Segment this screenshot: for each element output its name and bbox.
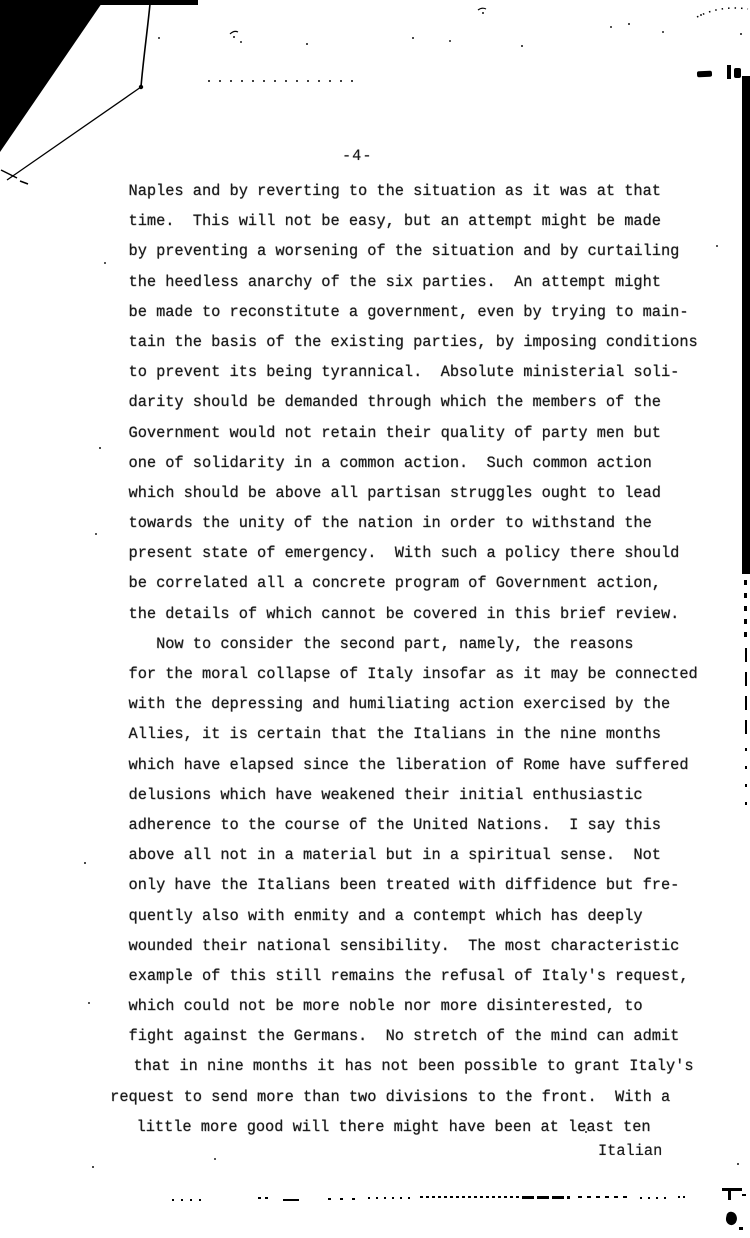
text-line: adherence to the course of the United Na… [101,810,698,840]
text-line: the heedless anarchy of the six parties.… [101,267,698,297]
scanned-document-page: -4- Naples and by reverting to the situa… [0,0,750,1238]
text-line: only have the Italians been treated with… [101,870,698,900]
text-line: one of solidarity in a common action. Su… [101,448,698,478]
text-line: for the moral collapse of Italy insofar … [101,659,698,689]
text-line: be correlated all a concrete program of … [101,568,698,598]
scan-bottom-dash [328,1198,358,1200]
scan-fold-corner-artifact [0,0,104,152]
text-line: that in nine months it has not been poss… [106,1051,703,1081]
text-line: which could not be more noble nor more d… [101,991,698,1021]
scan-right-edge-artifact [742,76,750,574]
scan-right-edge-dashes [745,648,747,738]
scan-top-edge-artifact [100,0,198,5]
text-line: the details of which cannot be covered i… [101,599,698,629]
scan-bottom-dash [522,1196,570,1199]
scan-bottom-dash [283,1199,299,1201]
scan-bottom-dash [258,1197,272,1199]
text-line: by preventing a worsening of the situati… [101,236,698,266]
text-line: request to send more than two divisions … [101,1082,698,1112]
text-line: Now to consider the second part, namely,… [101,629,698,659]
text-line: which should be above all partisan strug… [101,478,698,508]
text-line: with the depressing and humiliating acti… [101,689,698,719]
text-line: little more good will there might have b… [109,1112,706,1142]
scan-corner-mark [722,1188,742,1191]
scan-right-edge-dashes [744,580,747,642]
text-line: tain the basis of the existing parties, … [101,327,698,357]
text-line: to prevent its being tyrannical. Absolut… [101,357,698,387]
scan-corner-mark [728,1191,731,1200]
scan-bottom-dash [640,1197,670,1199]
scan-corner-mark [739,1227,743,1230]
scan-ink-blob [734,68,741,78]
scan-bottom-dash [678,1196,688,1198]
text-line: Naples and by reverting to the situation… [101,176,698,206]
text-line: Government would not retain their qualit… [101,418,698,448]
text-line: above all not in a material but in a spi… [101,840,698,870]
text-line: be made to reconstitute a government, ev… [101,297,698,327]
scan-dot-row-artifact [208,80,354,82]
document-body-text: Naples and by reverting to the situation… [101,176,698,1142]
scan-bottom-dash [172,1199,206,1201]
scan-corner-mark [742,1194,746,1196]
catchword: Italian [598,1141,662,1161]
text-line: darity should be demanded through which … [101,387,698,417]
text-line: example of this still remains the refusa… [101,961,698,991]
text-line: quently also with enmity and a contempt … [101,901,698,931]
text-line: towards the unity of the nation in order… [101,508,698,538]
text-line: fight against the Germans. No stretch of… [101,1021,698,1051]
text-line: delusions which have weakened their init… [101,780,698,810]
scan-ink-blob [727,65,731,79]
text-line: Allies, it is certain that the Italians … [101,719,698,749]
page-number: -4- [342,146,373,166]
scan-bottom-dash [578,1196,630,1198]
text-line: which have elapsed since the liberation … [101,750,698,780]
text-line: present state of emergency. With such a … [101,538,698,568]
scan-specks [0,0,2,2]
text-line: time. This will not be easy, but an atte… [101,206,698,236]
scan-bottom-dash [420,1196,520,1198]
scan-right-edge-dashes [745,748,747,808]
scan-corner-mark [725,1211,738,1226]
scan-ink-blob [697,71,712,78]
scan-bottom-dash [368,1197,412,1199]
text-line: wounded their national sensibility. The … [101,931,698,961]
